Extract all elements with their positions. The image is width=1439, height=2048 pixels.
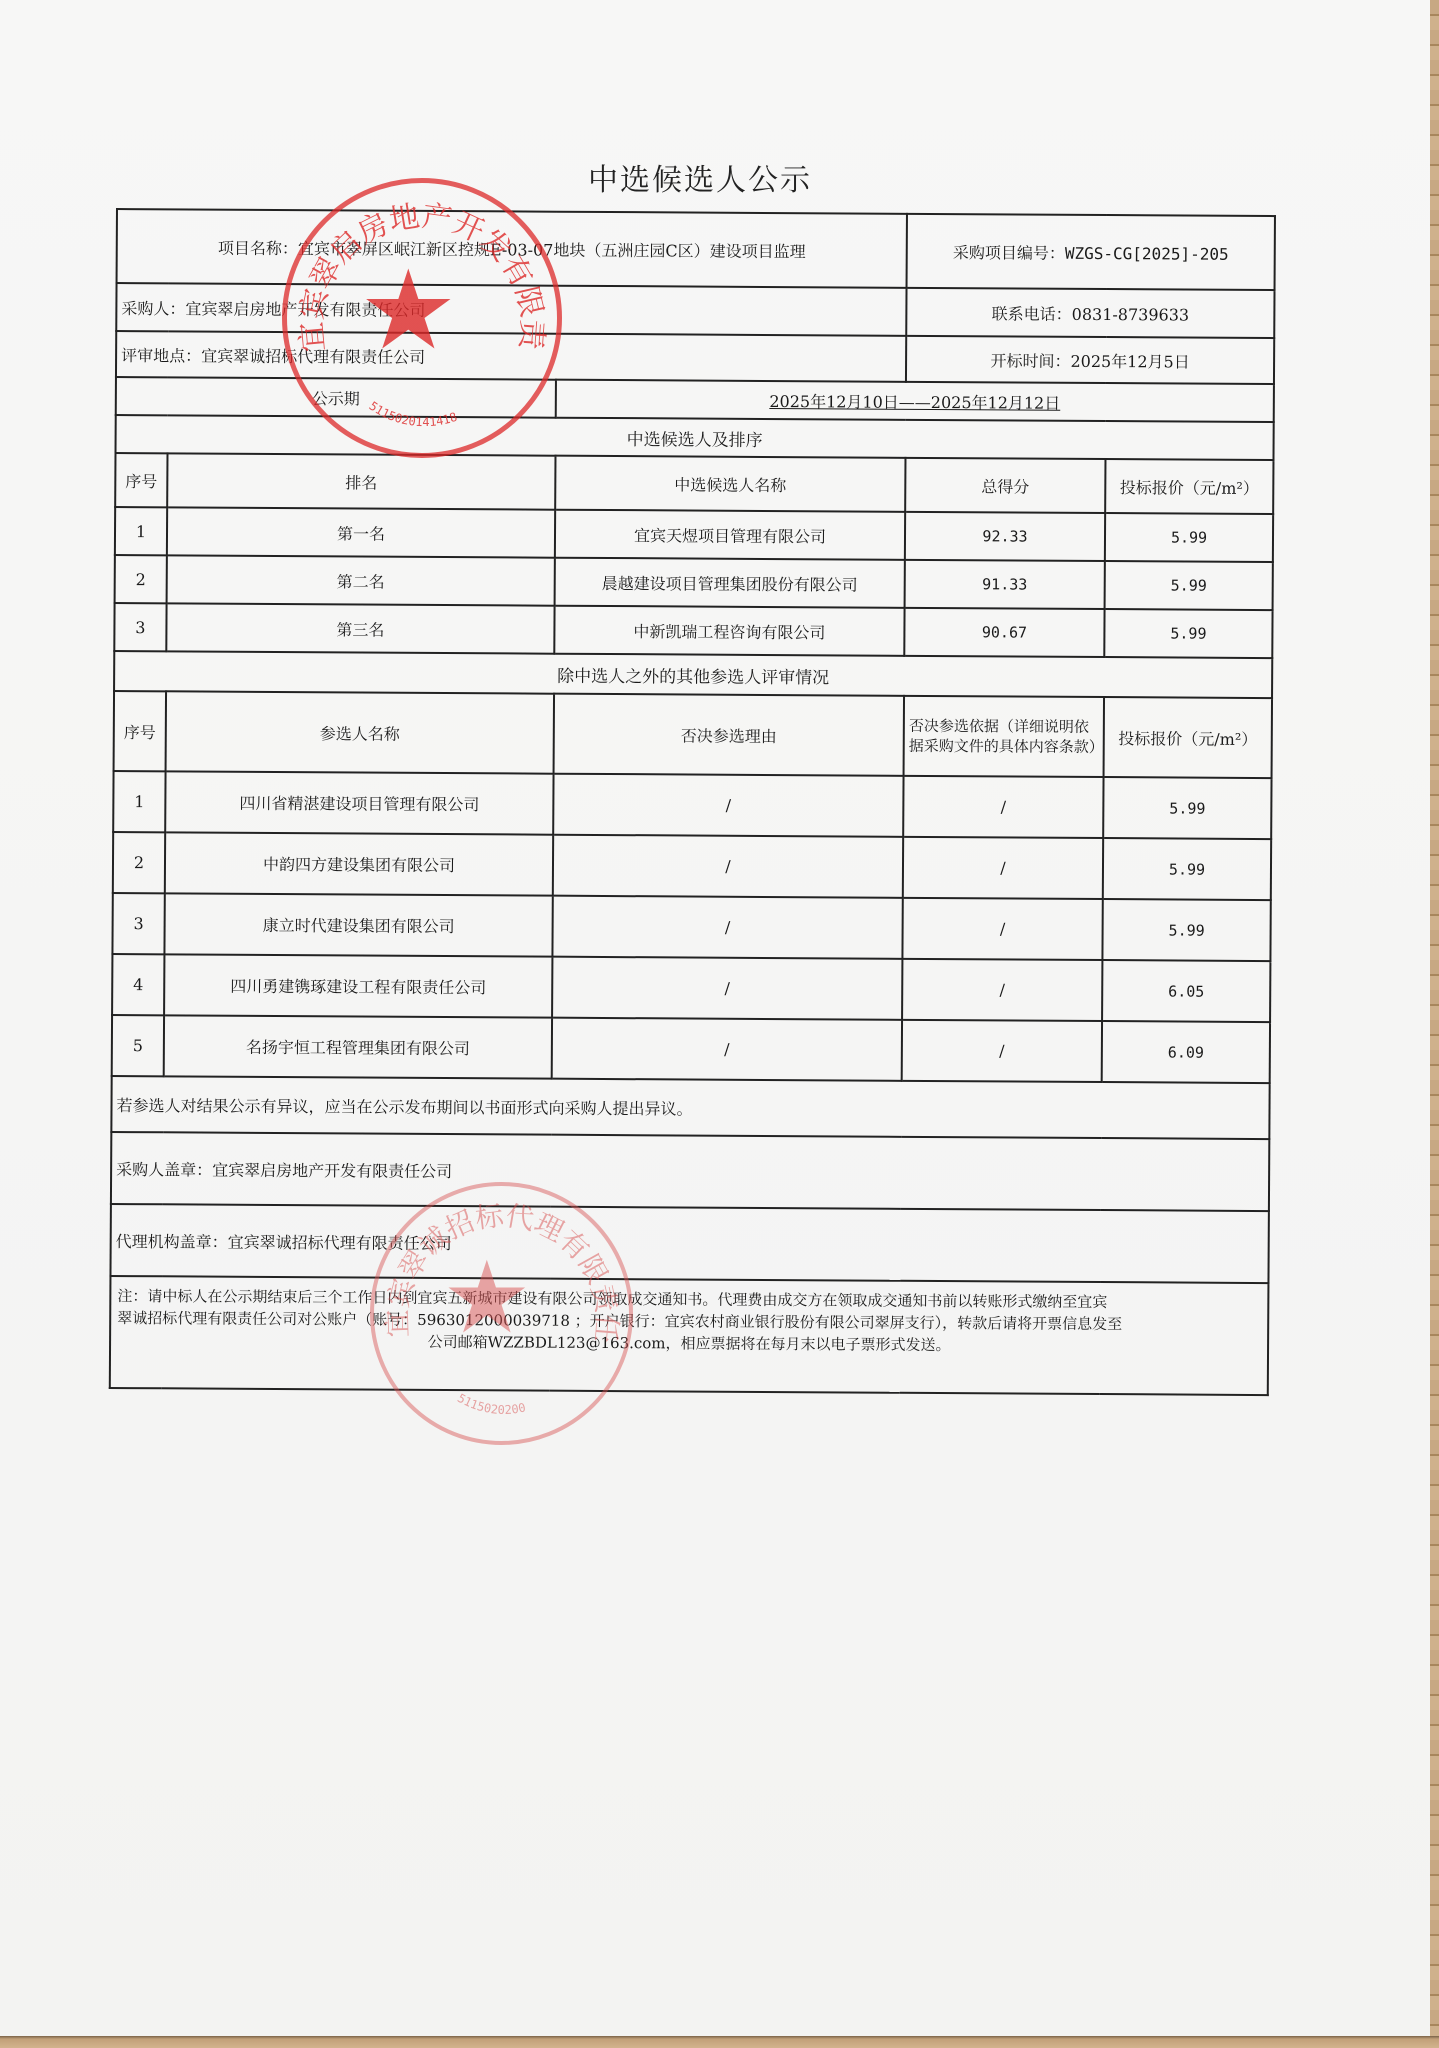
project-code-cell: 采购项目编号：WZGS-CG[2025]-205 <box>907 214 1275 290</box>
phone-label: 联系电话： <box>992 304 1072 323</box>
column-header: 否决参选依据（详细说明依据采购文件的具体内容条款） <box>904 696 1104 777</box>
purchaser-seal-label: 采购人盖章： <box>116 1160 212 1180</box>
project-name-label: 项目名称： <box>218 238 298 257</box>
others-section-heading: 除中选人之外的其他参选人评审情况 <box>114 651 1272 698</box>
candidate-name: 宜宾天煜项目管理有限公司 <box>555 510 905 560</box>
column-header: 中选候选人名称 <box>555 456 905 512</box>
rejection-basis: / <box>902 959 1102 1021</box>
participant-row: 2中韵四方建设集团有限公司//5.99 <box>113 832 1271 900</box>
row-number: 2 <box>115 555 167 603</box>
project-name-value: 宜宾市翠屏区岷江新区控规E-03-07地块（五洲庄园C区）建设项目监理 <box>298 239 806 261</box>
page-title: 中选候选人公示 <box>0 155 1400 199</box>
participant-name: 四川省精湛建设项目管理有限公司 <box>165 771 553 834</box>
candidate-price: 5.99 <box>1105 561 1273 610</box>
column-header: 排名 <box>167 453 555 509</box>
candidate-row: 1第一名宜宾天煜项目管理有限公司92.335.99 <box>115 507 1273 562</box>
column-header: 投标报价（元/m²） <box>1105 459 1273 514</box>
candidate-price: 5.99 <box>1105 513 1273 562</box>
column-header: 参选人名称 <box>166 691 554 773</box>
participant-price: 6.05 <box>1102 960 1270 1022</box>
participant-name: 名扬宇恒工程管理集团有限公司 <box>164 1015 552 1078</box>
agency-seal-cell: 代理机构盖章：宜宾翠诚招标代理有限责任公司 <box>110 1204 1268 1283</box>
rejection-reason: / <box>552 957 902 1020</box>
participant-name: 中韵四方建设集团有限公司 <box>165 832 553 895</box>
column-header: 否决参选理由 <box>554 694 905 776</box>
participant-price: 6.09 <box>1102 1021 1270 1083</box>
candidate-rank: 第二名 <box>167 555 555 605</box>
row-number: 2 <box>113 832 165 893</box>
candidate-row: 3第三名中新凯瑞工程咨询有限公司90.675.99 <box>114 603 1272 658</box>
objection-notice: 若参选人对结果公示有异议，应当在公示发布期间以书面形式向采购人提出异议。 <box>111 1076 1269 1139</box>
row-number: 1 <box>115 507 167 555</box>
phone-cell: 联系电话：0831-8739633 <box>906 288 1274 338</box>
rejection-reason: / <box>552 896 902 959</box>
participant-row: 3康立时代建设集团有限公司//5.99 <box>112 893 1270 961</box>
row-number: 4 <box>112 954 164 1015</box>
bid-opening-cell: 开标时间：2025年12月5日 <box>906 336 1274 384</box>
participant-price: 5.99 <box>1102 899 1270 961</box>
project-code-label: 采购项目编号： <box>953 243 1065 263</box>
agency-seal-value: 宜宾翠诚招标代理有限责任公司 <box>228 1232 452 1252</box>
participant-name: 四川勇建镌琢建设工程有限责任公司 <box>164 954 552 1017</box>
candidate-rank: 第一名 <box>167 507 555 557</box>
project-code-value: WZGS-CG[2025]-205 <box>1065 243 1229 263</box>
agency-seal-label: 代理机构盖章： <box>116 1232 228 1252</box>
purchaser-label: 采购人： <box>121 299 185 318</box>
candidate-name: 中新凯瑞工程咨询有限公司 <box>554 606 904 656</box>
paper-edge-bottom <box>0 2036 1439 2048</box>
project-name-cell: 项目名称：宜宾市翠屏区岷江新区控规E-03-07地块（五洲庄园C区）建设项目监理 <box>117 209 907 288</box>
rejection-reason: / <box>553 835 903 898</box>
candidate-row: 2第二名晨越建设项目管理集团股份有限公司91.335.99 <box>115 555 1273 610</box>
publicity-period-cell: 2025年12月10日——2025年12月12日 <box>556 380 1274 422</box>
bid-opening-value: 2025年12月5日 <box>1070 351 1189 371</box>
candidates-header-row: 序号 排名 中选候选人名称 总得分 投标报价（元/m²） <box>115 453 1273 514</box>
column-header: 总得分 <box>905 458 1105 513</box>
row-number: 3 <box>112 893 164 954</box>
others-header-row: 序号 参选人名称 否决参选理由 否决参选依据（详细说明依据采购文件的具体内容条款… <box>114 691 1272 778</box>
payment-note: 注：请中标人在公示期结束后三个工作日内到宜宾五新城市建设有限公司领取成交通知书。… <box>110 1276 1269 1395</box>
review-location-label: 评审地点： <box>121 346 201 365</box>
review-location-value: 宜宾翠诚招标代理有限责任公司 <box>201 346 425 366</box>
row-number: 5 <box>112 1015 164 1076</box>
rejection-basis: / <box>902 898 1102 960</box>
participant-price: 5.99 <box>1103 838 1271 900</box>
publicity-period-label: 公示期 <box>116 377 556 418</box>
purchaser-seal-cell: 采购人盖章：宜宾翠启房地产开发有限责任公司 <box>111 1132 1269 1211</box>
bid-opening-label: 开标时间： <box>990 351 1070 370</box>
candidate-score: 91.33 <box>905 560 1105 609</box>
participant-row: 5名扬宇恒工程管理集团有限公司//6.09 <box>112 1015 1270 1083</box>
candidate-price: 5.99 <box>1104 609 1272 658</box>
purchaser-seal-value: 宜宾翠启房地产开发有限责任公司 <box>212 1160 452 1180</box>
column-header: 序号 <box>114 691 166 771</box>
column-header: 序号 <box>115 453 167 507</box>
rejection-reason: / <box>553 774 903 837</box>
rejection-basis: / <box>903 837 1103 899</box>
announcement-document: 项目名称：宜宾市翠屏区岷江新区控规E-03-07地块（五洲庄园C区）建设项目监理… <box>109 208 1274 1396</box>
candidate-rank: 第三名 <box>166 603 554 653</box>
review-location-cell: 评审地点：宜宾翠诚招标代理有限责任公司 <box>116 331 906 382</box>
publicity-period-value: 2025年12月10日——2025年12月12日 <box>769 391 1060 412</box>
rejection-basis: / <box>903 776 1103 838</box>
candidate-score: 90.67 <box>904 608 1104 657</box>
row-number: 3 <box>114 603 166 651</box>
candidate-score: 92.33 <box>905 512 1105 561</box>
candidates-table-body: 1第一名宜宾天煜项目管理有限公司92.335.992第二名晨越建设项目管理集团股… <box>114 507 1273 658</box>
purchaser-cell: 采购人：宜宾翠启房地产开发有限责任公司 <box>116 283 906 336</box>
candidate-name: 晨越建设项目管理集团股份有限公司 <box>555 558 905 608</box>
paper-edge-right <box>1430 0 1439 2048</box>
participant-row: 4四川勇建镌琢建设工程有限责任公司//6.05 <box>112 954 1270 1022</box>
participant-price: 5.99 <box>1103 777 1271 839</box>
phone-value: 0831-8739633 <box>1072 304 1190 324</box>
participant-name: 康立时代建设集团有限公司 <box>164 893 552 956</box>
announcement-table: 项目名称：宜宾市翠屏区岷江新区控规E-03-07地块（五洲庄园C区）建设项目监理… <box>109 208 1276 1396</box>
purchaser-value: 宜宾翠启房地产开发有限责任公司 <box>185 299 425 319</box>
column-header: 投标报价（元/m²） <box>1104 697 1272 778</box>
rejection-reason: / <box>552 1018 902 1081</box>
rejection-basis: / <box>902 1020 1102 1082</box>
row-number: 1 <box>113 771 165 832</box>
others-table-body: 1四川省精湛建设项目管理有限公司//5.992中韵四方建设集团有限公司//5.9… <box>112 771 1272 1083</box>
participant-row: 1四川省精湛建设项目管理有限公司//5.99 <box>113 771 1271 839</box>
